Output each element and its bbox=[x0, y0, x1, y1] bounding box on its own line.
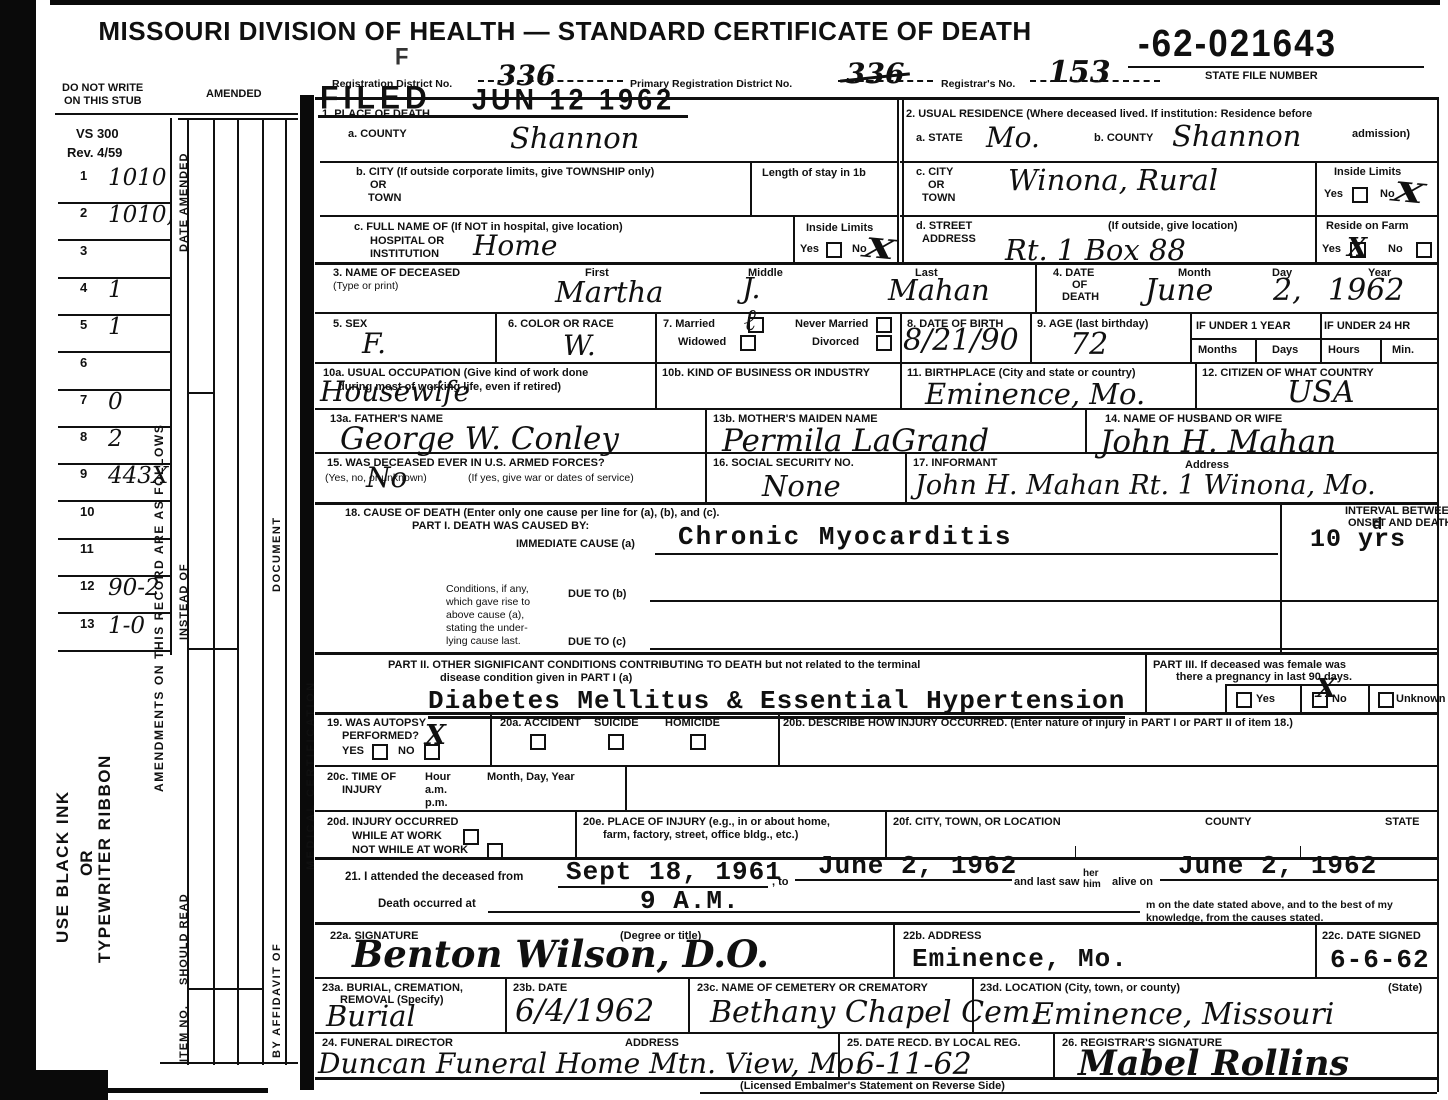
rule bbox=[705, 408, 707, 452]
place-of-injury-label-2: farm, factory, street, office bldg., etc… bbox=[603, 829, 798, 842]
stub-by-affidavit-label: BY AFFIDAVIT OF bbox=[270, 943, 284, 1058]
stub-do-not-write-2: ON THIS STUB bbox=[64, 95, 142, 108]
if-under-24-hr-label: IF UNDER 24 HR bbox=[1324, 320, 1410, 333]
days-label: Days bbox=[1272, 344, 1298, 357]
stub-row: 21010, bbox=[58, 202, 170, 241]
death-occurred-label: Death occurred at bbox=[378, 898, 476, 912]
stub-row-number: 7 bbox=[80, 392, 87, 407]
rule bbox=[315, 652, 1437, 655]
stub-col-line bbox=[285, 118, 287, 1065]
rule bbox=[575, 810, 577, 857]
street-value: Rt. 1 Box 88 bbox=[1005, 236, 1186, 265]
rule bbox=[1190, 338, 1437, 340]
rule bbox=[1280, 502, 1282, 654]
time-of-injury-label-1: 20c. TIME OF bbox=[327, 771, 396, 784]
date-of-death-label-3: DEATH bbox=[1062, 291, 1099, 304]
city-label: b. CITY (If outside corporate limits, gi… bbox=[356, 166, 654, 179]
stub-amended-label: AMENDED bbox=[206, 88, 262, 101]
hospital-label-2: HOSPITAL OR bbox=[370, 235, 444, 248]
stub-row: 51 bbox=[58, 314, 170, 353]
stub-row-number: 5 bbox=[80, 317, 87, 332]
time-of-injury-label-2: INJURY bbox=[342, 784, 382, 797]
rule bbox=[650, 648, 1437, 650]
rule bbox=[315, 765, 1437, 767]
conditions-line-1: Conditions, if any, bbox=[446, 583, 529, 596]
name-of-deceased-label: 3. NAME OF DECEASED bbox=[333, 267, 460, 280]
never-married-checkbox bbox=[876, 317, 892, 333]
not-while-at-work-checkbox bbox=[487, 843, 503, 859]
address-22b-label: 22b. ADDRESS bbox=[903, 930, 981, 943]
stub-col-line bbox=[262, 118, 264, 1065]
color-race-label: 6. COLOR OR RACE bbox=[508, 318, 614, 331]
autopsy-yes-label: YES bbox=[342, 745, 364, 758]
stub-row-number: 13 bbox=[80, 616, 94, 631]
inside-limits-no-mark-1c: X bbox=[861, 235, 898, 265]
scan-edge-left bbox=[0, 0, 36, 1100]
rule bbox=[490, 712, 492, 765]
attended-from-value: Sept 18, 1961 bbox=[566, 859, 782, 885]
rule bbox=[315, 810, 1437, 812]
registrar-no-label: Registrar's No. bbox=[941, 78, 1015, 91]
rule bbox=[655, 553, 1278, 555]
state-20f-label: STATE bbox=[1385, 816, 1419, 829]
location-value: Eminence, Missouri bbox=[1032, 1000, 1334, 1030]
stub-col-line bbox=[237, 118, 239, 1065]
widowed-label: Widowed bbox=[678, 336, 726, 349]
death-year-value: 1962 bbox=[1328, 276, 1404, 306]
rule bbox=[1030, 312, 1032, 362]
injury-occurred-label: 20d. INJURY OCCURRED bbox=[327, 816, 458, 829]
street-hint: (If outside, give location) bbox=[1108, 220, 1238, 233]
pregnancy-no-label: No bbox=[1332, 693, 1347, 706]
stub-tick bbox=[187, 648, 237, 650]
stub-header-rule bbox=[55, 113, 298, 115]
stub-should-read-label: SHOULD READ bbox=[177, 893, 191, 985]
hospital-value: Home bbox=[473, 232, 557, 260]
due-to-b-label: DUE TO (b) bbox=[568, 588, 626, 601]
funeral-director-value: Duncan Funeral Home Mtn. View, Mo. bbox=[318, 1050, 863, 1078]
rule bbox=[900, 215, 1437, 217]
rule bbox=[1195, 362, 1197, 408]
part2-label-1: PART II. OTHER SIGNIFICANT CONDITIONS CO… bbox=[388, 659, 920, 672]
rule bbox=[655, 312, 657, 362]
primary-district-dots bbox=[838, 80, 933, 82]
street-label-2: ADDRESS bbox=[922, 233, 976, 246]
immediate-cause-label: IMMEDIATE CAUSE (a) bbox=[516, 538, 635, 551]
rule bbox=[495, 312, 497, 362]
place-of-death-label: 1. PLACE OF DEATH bbox=[322, 108, 430, 121]
occupation-value: Housewife bbox=[320, 378, 470, 406]
interval-value: 10 yrs bbox=[1310, 527, 1406, 552]
business-industry-label: 10b. KIND OF BUSINESS OR INDUSTRY bbox=[662, 367, 870, 380]
county-label: a. COUNTY bbox=[348, 128, 407, 141]
rule bbox=[688, 977, 690, 1032]
rule bbox=[1300, 684, 1302, 712]
location-state-label: (State) bbox=[1388, 982, 1422, 995]
rule bbox=[650, 600, 1437, 602]
rule bbox=[902, 100, 904, 262]
residence-city-label: c. CITY bbox=[916, 166, 953, 179]
rule bbox=[1190, 312, 1192, 362]
stub-row-value: 2 bbox=[108, 428, 123, 451]
filed-stamp-date: JUN 12 1962 bbox=[472, 86, 675, 115]
stub-row: 11010 bbox=[58, 165, 170, 204]
stub-tick bbox=[187, 392, 213, 394]
conditions-line-3: above cause (a), bbox=[446, 609, 524, 622]
stub-instead-of-label: INSTEAD OF bbox=[177, 563, 191, 640]
city-or: OR bbox=[370, 179, 387, 192]
stub-row-number: 11 bbox=[80, 541, 94, 556]
stub-tick bbox=[178, 118, 298, 120]
rule bbox=[1437, 97, 1439, 1092]
describe-injury-label: 20b. DESCRIBE HOW INJURY OCCURRED. (Ente… bbox=[783, 717, 1293, 730]
pregnancy-unknown-checkbox bbox=[1378, 692, 1394, 708]
inside-limits-no-mark-2c: X bbox=[1390, 179, 1427, 209]
stub-col-line bbox=[213, 118, 215, 1065]
interval-superscript: d bbox=[1372, 517, 1383, 534]
use-black-ink-or: OR bbox=[80, 851, 94, 877]
rule bbox=[625, 765, 627, 810]
length-of-stay-label: Length of stay in 1b bbox=[762, 167, 866, 180]
married-label: 7. Married bbox=[663, 318, 715, 331]
rule bbox=[893, 922, 895, 977]
conditions-line-5: lying cause last. bbox=[446, 635, 521, 648]
stub-row: 41 bbox=[58, 277, 170, 316]
registrar-signature-value: Mabel Rollins bbox=[1078, 1046, 1349, 1081]
husband-wife-value: John H. Mahan bbox=[1100, 427, 1336, 458]
rule bbox=[900, 312, 902, 362]
rule bbox=[1053, 1032, 1055, 1077]
rule bbox=[505, 977, 507, 1032]
farm-yes-label: Yes bbox=[1322, 243, 1341, 256]
rule bbox=[1380, 338, 1382, 362]
autopsy-label-2: PERFORMED? bbox=[342, 730, 419, 743]
address-22b-value: Eminence, Mo. bbox=[912, 946, 1128, 972]
stub-row-number: 4 bbox=[80, 280, 87, 295]
death-time-value: 9 A.M. bbox=[640, 888, 740, 914]
physician-signature: Benton Wilson, D.O. bbox=[352, 936, 769, 973]
stub-col-line bbox=[170, 118, 172, 655]
state-file-rule bbox=[1128, 66, 1424, 68]
stub-row-number: 12 bbox=[80, 578, 94, 593]
reside-on-farm-label: Reside on Farm bbox=[1326, 220, 1409, 233]
pregnancy-yes-checkbox bbox=[1236, 692, 1252, 708]
stub-row: 6 bbox=[58, 352, 170, 391]
date-signed-label: 22c. DATE SIGNED bbox=[1322, 930, 1421, 943]
rule bbox=[315, 408, 1437, 410]
while-at-work-checkbox bbox=[463, 829, 479, 845]
conditions-line-4: stating the under- bbox=[446, 622, 528, 635]
city-town-location-label: 20f. CITY, TOWN, OR LOCATION bbox=[893, 816, 1061, 829]
armed-forces-value: No bbox=[366, 464, 407, 492]
scan-edge-top bbox=[50, 0, 1440, 5]
informant-label: 17. INFORMANT bbox=[913, 457, 997, 470]
rule bbox=[778, 712, 780, 765]
age-value: 72 bbox=[1070, 330, 1108, 360]
place-of-injury-label-1: 20e. PLACE OF INJURY (e.g., in or about … bbox=[583, 816, 830, 829]
stub-form-number: VS 300 bbox=[76, 126, 119, 142]
hours-label: Hours bbox=[1328, 344, 1360, 357]
farm-no-label: No bbox=[1388, 243, 1403, 256]
rule bbox=[1315, 161, 1317, 262]
rule bbox=[1225, 684, 1227, 712]
hospital-label-3: INSTITUTION bbox=[370, 248, 439, 261]
part1-label: PART I. DEATH WAS CAUSED BY: bbox=[412, 520, 589, 533]
rule bbox=[1145, 652, 1147, 712]
inside-limits-label-2c: Inside Limits bbox=[1334, 166, 1401, 179]
rule bbox=[705, 452, 707, 502]
date-of-birth-value: 8/21/90 bbox=[903, 326, 1019, 356]
farm-no-checkbox bbox=[1416, 242, 1432, 258]
ssn-value: None bbox=[762, 472, 841, 501]
stub-row-number: 3 bbox=[80, 243, 87, 258]
accident-label: 20a. ACCIDENT bbox=[500, 717, 581, 730]
sex-value: F. bbox=[362, 330, 386, 358]
autopsy-no-checkbox bbox=[424, 744, 440, 760]
rule bbox=[1255, 338, 1257, 362]
rule bbox=[1075, 846, 1076, 857]
stub-row-number: 10 bbox=[80, 504, 94, 519]
stub-row-value: 0 bbox=[108, 391, 123, 414]
rule bbox=[315, 502, 1437, 505]
location-label: 23d. LOCATION (City, town, or county) bbox=[980, 982, 1180, 995]
death-certificate-scan: DO NOT WRITE ON THIS STUB AMENDED VS 300… bbox=[0, 0, 1448, 1100]
homicide-label: HOMICIDE bbox=[665, 717, 720, 730]
stub-row-value: 1010, bbox=[108, 204, 174, 227]
min-label: Min. bbox=[1392, 344, 1414, 357]
death-month-value: June bbox=[1145, 276, 1213, 306]
stub-row-number: 2 bbox=[80, 205, 87, 220]
use-black-ink-label: USE BLACK INK bbox=[56, 790, 70, 943]
pm-label: p.m. bbox=[425, 797, 448, 810]
month-day-year-label: Month, Day, Year bbox=[487, 771, 575, 784]
stub-row-number: 8 bbox=[80, 429, 87, 444]
married-mark: ℓ bbox=[744, 306, 757, 336]
citizen-value: USA bbox=[1287, 378, 1355, 408]
middle-name-value: J. bbox=[742, 274, 761, 303]
residence-city-or: OR bbox=[928, 179, 945, 192]
rule bbox=[315, 97, 1437, 100]
rule bbox=[655, 362, 657, 408]
autopsy-label-1: 19. WAS AUTOPSY bbox=[327, 717, 426, 730]
months-label: Months bbox=[1198, 344, 1237, 357]
rule bbox=[1035, 262, 1037, 312]
if-under-1-year-label: IF UNDER 1 YEAR bbox=[1196, 320, 1291, 333]
date-signed-value: 6-6-62 bbox=[1330, 947, 1430, 973]
immediate-cause-value: Chronic Myocarditis bbox=[678, 524, 1012, 550]
due-to-c-label: DUE TO (c) bbox=[568, 636, 626, 649]
part2-value: Diabetes Mellitus & Essential Hypertensi… bbox=[428, 688, 1125, 719]
suicide-checkbox bbox=[608, 734, 624, 750]
residence-city-value: Winona, Rural bbox=[1008, 166, 1218, 195]
stub-form-divider-bar bbox=[300, 95, 314, 1090]
reg-district-dots bbox=[478, 80, 623, 82]
rule bbox=[315, 362, 1437, 364]
attended-to-label: , to bbox=[772, 876, 789, 889]
residence-county-value: Shannon bbox=[1172, 122, 1301, 151]
stub-row: 3 bbox=[58, 240, 170, 279]
county-value: Shannon bbox=[510, 124, 639, 153]
armed-forces-hint-2: (If yes, give war or dates of service) bbox=[468, 472, 634, 485]
stub-date-amended-label: DATE AMENDED bbox=[177, 153, 191, 252]
while-at-work-label: WHILE AT WORK bbox=[352, 830, 442, 843]
state-file-label: STATE FILE NUMBER bbox=[1205, 70, 1318, 83]
street-label: d. STREET bbox=[916, 220, 972, 233]
death-day-value: 2, bbox=[1273, 276, 1302, 306]
rule bbox=[900, 362, 902, 408]
stub-form-revision: Rev. 4/59 bbox=[67, 145, 122, 161]
page-title: MISSOURI DIVISION OF HEALTH — STANDARD C… bbox=[60, 16, 1070, 47]
stub-amendments-label: AMENDMENTS ON THIS RECORD ARE AS FOLLOWS bbox=[152, 424, 166, 792]
birthplace-value: Eminence, Mo. bbox=[925, 380, 1145, 409]
her-label: her bbox=[1083, 868, 1099, 880]
city-town: TOWN bbox=[368, 192, 401, 205]
divorced-label: Divorced bbox=[812, 336, 859, 349]
rule bbox=[315, 1032, 1437, 1034]
color-race-value: W. bbox=[563, 332, 596, 360]
embalmer-footer: (Licensed Embalmer's Statement on Revers… bbox=[700, 1080, 1045, 1093]
rule bbox=[1315, 922, 1317, 977]
county-20f-label: COUNTY bbox=[1205, 816, 1251, 829]
fathers-name-value: George W. Conley bbox=[340, 424, 619, 455]
last-name-value: Mahan bbox=[888, 276, 990, 305]
type-or-print-label: (Type or print) bbox=[333, 280, 398, 293]
residence-state-value: Mo. bbox=[986, 124, 1040, 152]
stub-row-number: 6 bbox=[80, 355, 87, 370]
rule bbox=[315, 312, 1437, 314]
homicide-checkbox bbox=[690, 734, 706, 750]
stub-tick bbox=[187, 988, 262, 990]
alive-on-label: alive on bbox=[1112, 876, 1153, 889]
pregnancy-unknown-label: Unknown bbox=[1396, 693, 1446, 706]
stub-document-label: DOCUMENT bbox=[270, 516, 284, 592]
residence-state-label: a. STATE bbox=[916, 132, 963, 145]
inside-limits-yes-label-1c: Yes bbox=[800, 243, 819, 256]
rule bbox=[885, 810, 887, 857]
not-while-at-work-label: NOT WHILE AT WORK bbox=[352, 844, 468, 857]
farm-yes-mark: X bbox=[1347, 235, 1367, 261]
attended-label: 21. I attended the deceased from bbox=[345, 871, 523, 885]
stub-row: 70 bbox=[58, 389, 170, 428]
accident-checkbox bbox=[530, 734, 546, 750]
medical-certification-label: MEDICAL CERTIFICATION bbox=[304, 680, 318, 870]
scan-mark-bottom bbox=[108, 1088, 268, 1093]
part2-label-2: disease condition given in PART I (a) bbox=[440, 672, 632, 685]
inside-limits-yes-checkbox-1c bbox=[826, 242, 842, 258]
rule bbox=[1320, 312, 1322, 362]
autopsy-yes-checkbox bbox=[372, 744, 388, 760]
typewriter-ribbon-label: TYPEWRITER RIBBON bbox=[98, 754, 112, 963]
widowed-checkbox bbox=[740, 335, 756, 351]
first-name-value: Martha bbox=[555, 278, 663, 307]
stub-row-number: 1 bbox=[80, 168, 87, 183]
last-saw-label: and last saw bbox=[1014, 876, 1079, 889]
never-married-label: Never Married bbox=[795, 318, 868, 331]
cemetery-label: 23c. NAME OF CEMETERY OR CREMATORY bbox=[697, 982, 928, 995]
am-label: a.m. bbox=[425, 784, 447, 797]
death-statement-tail: m on the date stated above, and to the b… bbox=[1146, 899, 1436, 925]
him-label: him bbox=[1083, 879, 1101, 891]
stub-do-not-write: DO NOT WRITE bbox=[62, 82, 143, 95]
cemetery-value: Bethany Chapel Cem. bbox=[710, 998, 1040, 1028]
inside-limits-yes-checkbox-2c bbox=[1352, 187, 1368, 203]
rule bbox=[488, 911, 1140, 913]
autopsy-no-label: NO bbox=[398, 745, 415, 758]
usual-residence-label-2: admission) bbox=[1352, 128, 1410, 141]
burial-date-value: 6/4/1962 bbox=[515, 996, 654, 1027]
burial-value: Burial bbox=[326, 1002, 416, 1031]
rule bbox=[320, 161, 897, 163]
registrar-no-dots bbox=[1030, 80, 1160, 82]
rule bbox=[320, 215, 897, 217]
rule bbox=[905, 452, 907, 502]
last-alive-value: June 2, 1962 bbox=[1178, 853, 1377, 879]
residence-county-label: b. COUNTY bbox=[1094, 132, 1153, 145]
scan-edge-bottom-left bbox=[0, 1070, 108, 1100]
date-recd-value: 6-11-62 bbox=[856, 1050, 972, 1080]
residence-city-town: TOWN bbox=[922, 192, 955, 205]
stub-tick bbox=[160, 1062, 298, 1064]
divorced-checkbox bbox=[876, 335, 892, 351]
stub-row-value: 1 bbox=[108, 279, 123, 302]
stub-row-value: 1010 bbox=[108, 167, 167, 190]
pregnancy-yes-label: Yes bbox=[1256, 693, 1275, 706]
stub-row-value: 1-0 bbox=[108, 615, 145, 638]
hour-label: Hour bbox=[425, 771, 451, 784]
inside-limits-yes-label-2c: Yes bbox=[1324, 188, 1343, 201]
stub-row-number: 9 bbox=[80, 466, 87, 481]
conditions-line-2: which gave rise to bbox=[446, 596, 530, 609]
rule bbox=[1368, 684, 1370, 712]
rule bbox=[315, 977, 1437, 979]
registrar-no-value: 153 bbox=[1048, 58, 1111, 88]
stub-row-value: 1 bbox=[108, 316, 123, 339]
suicide-label: SUICIDE bbox=[594, 717, 639, 730]
attended-to-value: June 2, 1962 bbox=[818, 853, 1017, 879]
stub-item-no-label: ITEM NO. bbox=[177, 1005, 191, 1062]
rule bbox=[1085, 408, 1087, 452]
inside-limits-label-1c: Inside Limits bbox=[806, 222, 873, 235]
filed-stamp-partial: F bbox=[395, 45, 413, 69]
cause-of-death-label: 18. CAUSE OF DEATH (Enter only one cause… bbox=[345, 507, 719, 520]
rule bbox=[793, 215, 795, 262]
state-file-number: -62-021643 bbox=[1138, 25, 1337, 63]
informant-value: John H. Mahan Rt. 1 Winona, Mo. bbox=[915, 472, 1376, 499]
mothers-maiden-value: Permila LaGrand bbox=[722, 426, 989, 457]
rule bbox=[750, 161, 752, 215]
